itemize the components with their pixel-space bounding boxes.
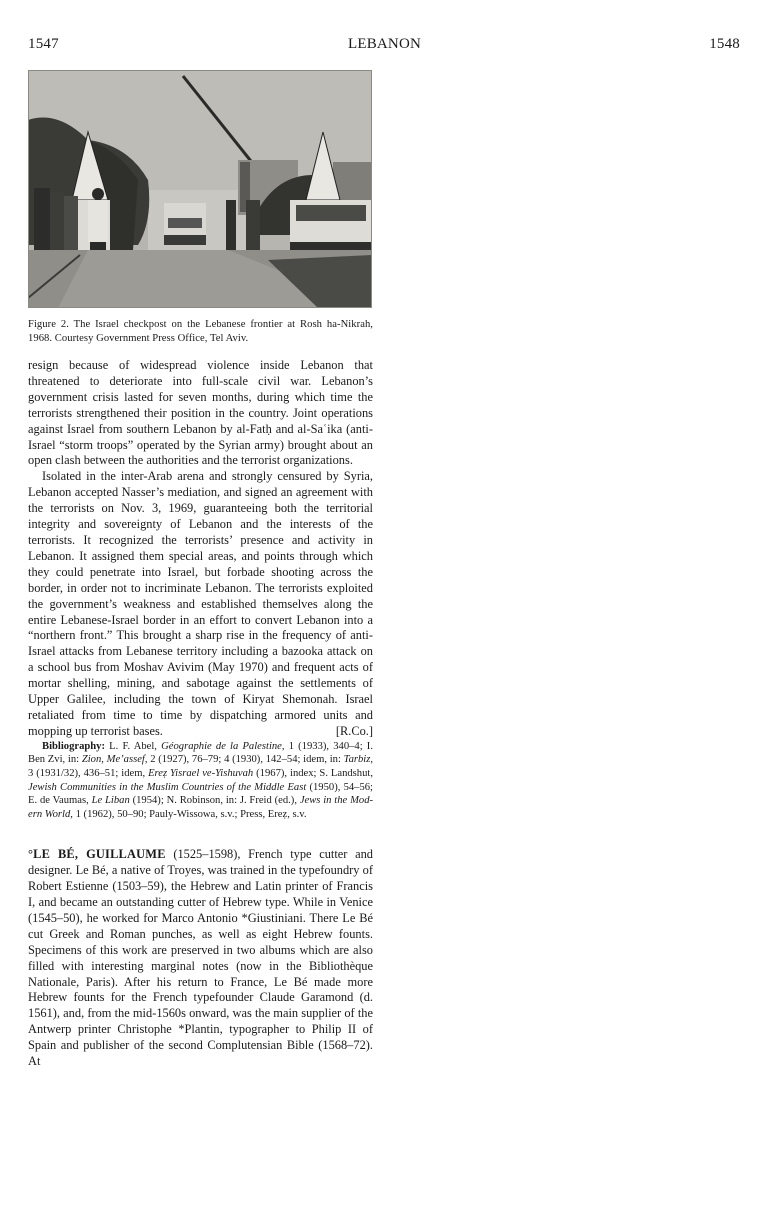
left-column: Figure 2. The Israel checkpost on the Le…	[28, 70, 373, 1070]
bibliography-part: , 2 (1927), 76–79; 4 (1930), 142–54; ide…	[145, 754, 344, 765]
article-paragraph-2-text: Isolated in the inter-Arab arena and str…	[28, 469, 373, 738]
bibliography-title: Jewish Communities in the Muslim Countri…	[28, 782, 306, 793]
figure-caption: Figure 2. The Israel checkpost on the Le…	[28, 318, 373, 346]
bibliography-part: (1967), index; S. Landshut,	[253, 768, 373, 779]
bibliography-title: Zion, Me’assef	[82, 754, 145, 765]
bibliography-part: , 1 (1962), 50–90; Pauly-Wissowa, s.v.; …	[70, 809, 306, 820]
photo-illustration	[28, 70, 372, 308]
entry-headword: °LE BÉ, GUILLAUME	[28, 847, 166, 861]
bibliography-title: Ereẓ Yisrael ve-Yishuvah	[148, 768, 253, 779]
bibliography-label: Bibliography:	[42, 741, 105, 752]
running-title: LEBANON	[0, 36, 769, 53]
bibliography: Bibliography: L. F. Abel, Géographie de …	[28, 740, 373, 822]
author-signature: [R.Co.]	[322, 724, 373, 740]
bibliography-part: (1954); N. Robinson, in: J. Freid (ed.),	[130, 795, 300, 806]
bibliography-title: Géographie de la Palestine	[161, 741, 282, 752]
bibliography-title: Le Liban	[92, 795, 130, 806]
bibliography-title: Tarbiz	[344, 754, 371, 765]
article-paragraph-2: Isolated in the inter-Arab arena and str…	[28, 469, 373, 739]
checkpoint-photo	[28, 70, 372, 308]
article-body: resign because of widespread violence in…	[28, 358, 373, 821]
article-paragraph-1: resign because of widespread violence in…	[28, 358, 373, 469]
page-number-right: 1548	[709, 36, 740, 53]
encyclopedia-entry-le-be: °LE BÉ, GUILLAUME (1525–1598), French ty…	[28, 847, 373, 1070]
page-header: 1547 LEBANON 1548	[0, 36, 769, 56]
entry-text: (1525–1598), French type cutter and desi…	[28, 847, 373, 1068]
bibliography-part: L. F. Abel,	[105, 741, 161, 752]
